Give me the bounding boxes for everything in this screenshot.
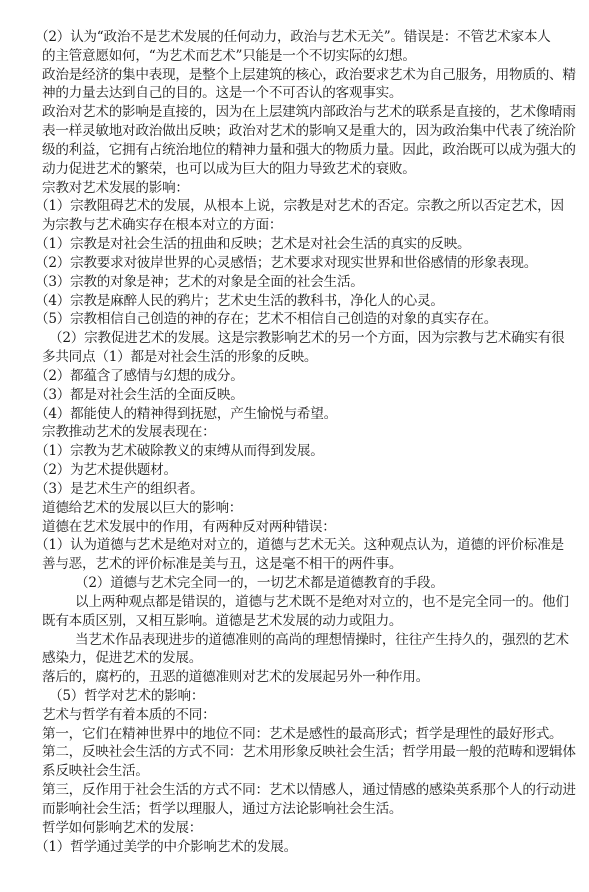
text-line: （2）宗教促进艺术的发展。这是宗教影响艺术的另一个方面，因为宗教与艺术确实有很 [35,329,549,348]
section-heading: 哲学如何影响艺术的发展： [35,819,549,838]
text-line: 当艺术作品表现进步的道德准则的高尚的理想情操时，往往产生持久的，强烈的艺术 [35,631,549,650]
text-line: 多共同点（1）都是对社会生活的形象的反映。 [35,348,549,367]
text-line: 系反映社会生活。 [35,762,549,781]
section-heading: （5）哲学对艺术的影响： [35,687,549,706]
section-heading: 宗教推动艺术的发展表现在： [35,423,549,442]
text-line: （2）道德与艺术完全同一的，一切艺术都是道德教育的手段。 [35,574,549,593]
list-item: （2）为艺术提供题材。 [35,461,549,480]
document-page: （2）认为“政治不是艺术发展的任何动力，政治与艺术无关”。错误是：不管艺术家本人… [35,28,549,856]
text-line: 动力促进艺术的繁荣，也可以成为巨大的阻力导致艺术的衰败。 [35,160,549,179]
text-line: 艺术与哲学有着本质的不同： [35,706,549,725]
text-line: 政治对艺术的影响是直接的，因为在上层建筑内部政治与艺术的联系是直接的，艺术像晴雨 [35,103,549,122]
list-item: （1）宗教是对社会生活的扭曲和反映；艺术是对社会生活的真实的反映。 [35,235,549,254]
text-line: 表一样灵敏地对政治做出反映；政治对艺术的影响又是重大的，因为政治集中代表了统治阶 [35,122,549,141]
text-line: 级的利益，它拥有占统治地位的精神力量和强大的物质力量。因此，政治既可以成为强大的 [35,141,549,160]
text-line: 第二，反映社会生活的方式不同：艺术用形象反映社会生活；哲学用最一般的范畴和逻辑体 [35,743,549,762]
text-line: 道德在艺术发展中的作用，有两种反对两种错误： [35,518,549,537]
text-line: 善与恶，艺术的评价标准是美与丑，这是毫不相干的两件事。 [35,555,549,574]
text-line: 神的力量去达到自己的目的。这是一个不可否认的客观事实。 [35,84,549,103]
list-item: （2）都蕴含了感情与幻想的成分。 [35,367,549,386]
text-line: 既有本质区别，又相互影响。道德是艺术发展的动力或阻力。 [35,612,549,631]
text-line: （1）宗教阻碍艺术的发展，从根本上说，宗教是对艺术的否定。宗教之所以否定艺术，因 [35,197,549,216]
text-line: 而影响社会生活；哲学以理服人，通过方法论影响社会生活。 [35,800,549,819]
list-item: （3）宗教的对象是神；艺术的对象是全面的社会生活。 [35,273,549,292]
text-line: 为宗教与艺术确实存在根本对立的方面： [35,216,549,235]
text-line: 的主管意愿如何，“为艺术而艺术”只能是一个不切实际的幻想。 [35,47,549,66]
text-line: 第三，反作用于社会生活的方式不同：艺术以情感人，通过情感的感染英系那个人的行动进 [35,781,549,800]
list-item: （4）宗教是麻醉人民的鸦片；艺术史生活的教科书，净化人的心灵。 [35,292,549,311]
text-line: 感染力，促进艺术的发展。 [35,649,549,668]
list-item: （3）都是对社会生活的全面反映。 [35,386,549,405]
section-heading: 宗教对艺术发展的影响： [35,179,549,198]
text-line: 以上两种观点都是错误的，道德与艺术既不是绝对对立的，也不是完全同一的。他们 [35,593,549,612]
list-item: （4）都能使人的精神得到抚慰，产生愉悦与希望。 [35,405,549,424]
list-item: （2）宗教要求对彼岸世界的心灵感悟；艺术要求对现实世界和世俗感情的形象表现。 [35,254,549,273]
section-heading: 道德给艺术的发展以巨大的影响： [35,499,549,518]
text-line: （1）认为道德与艺术是绝对对立的，道德与艺术无关。这种观点认为，道德的评价标准是 [35,536,549,555]
text-line: 政治是经济的集中表现，是整个上层建筑的核心，政治要求艺术为自己服务，用物质的、精 [35,66,549,85]
list-item: （5）宗教相信自己创造的神的存在；艺术不相信自己创造的对象的真实存在。 [35,310,549,329]
text-line: （2）认为“政治不是艺术发展的任何动力，政治与艺术无关”。错误是：不管艺术家本人 [35,28,549,47]
list-item: （1）宗教为艺术破除教义的束缚从而得到发展。 [35,442,549,461]
text-line: 落后的，腐朽的，丑恶的道德准则对艺术的发展起另外一种作用。 [35,668,549,687]
list-item: （1）哲学通过美学的中介影响艺术的发展。 [35,838,549,857]
list-item: （3）是艺术生产的组织者。 [35,480,549,499]
text-line: 第一，它们在精神世界中的地位不同：艺术是感性的最高形式；哲学是理性的最好形式。 [35,725,549,744]
